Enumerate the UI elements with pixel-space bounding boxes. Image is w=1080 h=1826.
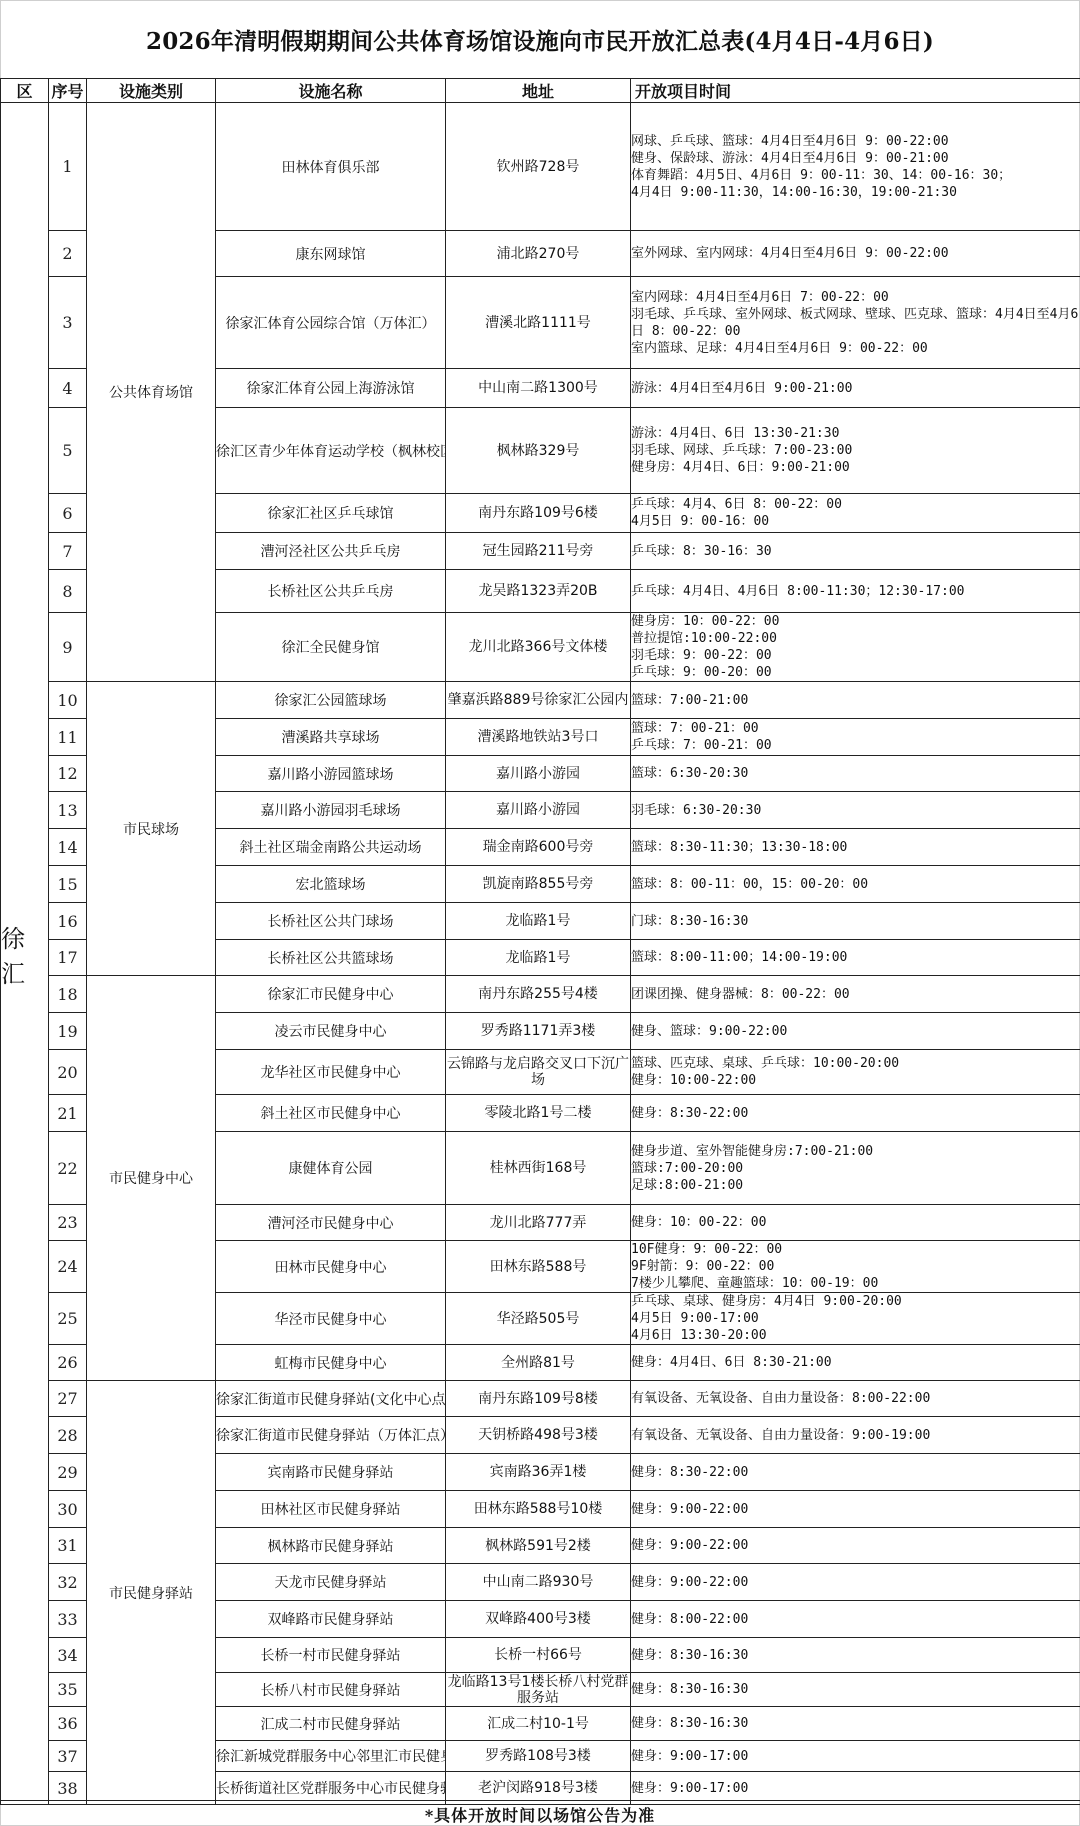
opening-hours: 羽毛球：6:30-20:30: [631, 792, 1080, 829]
row-number: 19: [49, 1013, 87, 1050]
facility-name: 斜土社区市民健身中心: [216, 1095, 446, 1132]
table-row: 18市民健身中心徐家汇市民健身中心南丹东路255号4楼团课团操、健身器械：8：0…: [1, 976, 1080, 1013]
row-number: 34: [49, 1638, 87, 1673]
opening-hours: 10F健身：9：00-22：00 9F射箭：9：00-22：00 7楼少儿攀爬、…: [631, 1241, 1080, 1293]
footer-note: *具体开放时间以场馆公告为准: [0, 1800, 1080, 1826]
facility-name: 徐汇新城党群服务中心邻里汇市民健身驿站: [216, 1741, 446, 1772]
facility-name: 双峰路市民健身驿站: [216, 1601, 446, 1638]
facility-address: 罗秀路108号3楼: [446, 1741, 631, 1772]
district-cell: 徐汇: [1, 103, 49, 1805]
facility-name: 田林社区市民健身驿站: [216, 1491, 446, 1528]
table-row: 徐汇1公共体育场馆田林体育俱乐部钦州路728号网球、乒乓球、篮球：4月4日至4月…: [1, 103, 1080, 231]
opening-hours: 篮球、匹克球、桌球、乒乓球：10:00-20:00 健身：10:00-22:00: [631, 1050, 1080, 1095]
facility-address: 龙临路13号1楼长桥八村党群服务站: [446, 1673, 631, 1707]
opening-hours: 健身：9:00-22:00: [631, 1564, 1080, 1601]
opening-hours: 篮球：7：00-21：00 乒乓球：7：00-21：00: [631, 719, 1080, 756]
opening-hours: 健身：8:30-16:30: [631, 1707, 1080, 1741]
opening-hours: 有氧设备、无氧设备、自由力量设备：9:00-19:00: [631, 1417, 1080, 1454]
opening-hours: 游泳：4月4日至4月6日 9:00-21:00: [631, 369, 1080, 408]
facility-address: 南丹东路109号8楼: [446, 1381, 631, 1417]
facility-name: 嘉川路小游园篮球场: [216, 756, 446, 792]
facility-name: 徐家汇体育公园上海游泳馆: [216, 369, 446, 408]
header-hours: 开放项目时间: [631, 79, 1080, 103]
table-body: 徐汇1公共体育场馆田林体育俱乐部钦州路728号网球、乒乓球、篮球：4月4日至4月…: [1, 103, 1080, 1805]
opening-hours: 健身：8:30-22:00: [631, 1095, 1080, 1132]
facility-address: 宾南路36弄1楼: [446, 1454, 631, 1491]
document-title: 2026年清明假期期间公共体育场馆设施向市民开放汇总表(4月4日-4月6日): [0, 0, 1080, 78]
facility-address: 中山南二路1300号: [446, 369, 631, 408]
row-number: 21: [49, 1095, 87, 1132]
facility-name: 斜土社区瑞金南路公共运动场: [216, 829, 446, 866]
row-number: 30: [49, 1491, 87, 1528]
opening-hours: 健身步道、室外智能健身房:7:00-21:00 篮球:7:00-20:00 足球…: [631, 1132, 1080, 1205]
row-number: 12: [49, 756, 87, 792]
facility-address: 龙川北路366号文体楼: [446, 613, 631, 682]
facility-address: 云锦路与龙启路交叉口下沉广场: [446, 1050, 631, 1095]
opening-hours: 健身：4月4日、6日 8:30-21:00: [631, 1345, 1080, 1381]
table-row: 27市民健身驿站徐家汇街道市民健身驿站(文化中心点)南丹东路109号8楼有氧设备…: [1, 1381, 1080, 1417]
row-number: 3: [49, 277, 87, 369]
opening-hours: 健身、篮球：9:00-22:00: [631, 1013, 1080, 1050]
row-number: 31: [49, 1528, 87, 1564]
row-number: 26: [49, 1345, 87, 1381]
facility-address: 天钥桥路498号3楼: [446, 1417, 631, 1454]
row-number: 32: [49, 1564, 87, 1601]
opening-hours: 健身：9:00-22:00: [631, 1528, 1080, 1564]
category-cell: 市民健身驿站: [87, 1381, 216, 1805]
facility-address: 瑞金南路600号旁: [446, 829, 631, 866]
opening-hours: 门球：8:30-16:30: [631, 903, 1080, 940]
facility-address: 嘉川路小游园: [446, 756, 631, 792]
row-number: 33: [49, 1601, 87, 1638]
row-number: 5: [49, 408, 87, 494]
facility-name: 徐汇全民健身馆: [216, 613, 446, 682]
opening-hours: 篮球：8:00-11:00；14:00-19:00: [631, 940, 1080, 976]
facility-name: 徐家汇街道市民健身驿站(文化中心点): [216, 1381, 446, 1417]
facility-address: 罗秀路1171弄3楼: [446, 1013, 631, 1050]
opening-hours: 健身：8:30-16:30: [631, 1673, 1080, 1707]
facility-name: 徐家汇市民健身中心: [216, 976, 446, 1013]
facility-address: 钦州路728号: [446, 103, 631, 231]
facility-name: 田林体育俱乐部: [216, 103, 446, 231]
facility-name: 长桥社区公共乒乓房: [216, 570, 446, 613]
facility-name: 徐家汇街道市民健身驿站（万体汇点）: [216, 1417, 446, 1454]
opening-hours: 乒乓球：8：30-16：30: [631, 533, 1080, 570]
facility-name: 长桥社区公共门球场: [216, 903, 446, 940]
facility-address: 全州路81号: [446, 1345, 631, 1381]
opening-hours: 网球、乒乓球、篮球：4月4日至4月6日 9：00-22:00 健身、保龄球、游泳…: [631, 103, 1080, 231]
facility-address: 浦北路270号: [446, 231, 631, 277]
facility-address: 漕溪路地铁站3号口: [446, 719, 631, 756]
row-number: 18: [49, 976, 87, 1013]
facility-name: 康东网球馆: [216, 231, 446, 277]
opening-hours: 篮球：7:00-21:00: [631, 682, 1080, 719]
row-number: 20: [49, 1050, 87, 1095]
opening-hours: 健身：9:00-22:00: [631, 1491, 1080, 1528]
row-number: 4: [49, 369, 87, 408]
row-number: 29: [49, 1454, 87, 1491]
row-number: 16: [49, 903, 87, 940]
category-cell: 市民健身中心: [87, 976, 216, 1381]
category-cell: 市民球场: [87, 682, 216, 976]
opening-hours: 健身：10：00-22：00: [631, 1205, 1080, 1241]
row-number: 1: [49, 103, 87, 231]
facility-name: 漕河泾市民健身中心: [216, 1205, 446, 1241]
facility-address: 中山南二路930号: [446, 1564, 631, 1601]
row-number: 7: [49, 533, 87, 570]
opening-hours: 篮球：6:30-20:30: [631, 756, 1080, 792]
row-number: 11: [49, 719, 87, 756]
row-number: 27: [49, 1381, 87, 1417]
header-no: 序号: [49, 79, 87, 103]
opening-hours: 有氧设备、无氧设备、自由力量设备：8:00-22:00: [631, 1381, 1080, 1417]
facility-address: 桂林西街168号: [446, 1132, 631, 1205]
facility-name: 漕河泾社区公共乒乓房: [216, 533, 446, 570]
opening-hours: 健身房：10：00-22：00 普拉提馆:10:00-22:00 羽毛球：9：0…: [631, 613, 1080, 682]
row-number: 13: [49, 792, 87, 829]
facility-name: 汇成二村市民健身驿站: [216, 1707, 446, 1741]
header-name: 设施名称: [216, 79, 446, 103]
opening-hours: 乒乓球、桌球、健身房：4月4日 9:00-20:00 4月5日 9:00-17:…: [631, 1293, 1080, 1345]
facility-name: 宾南路市民健身驿站: [216, 1454, 446, 1491]
row-number: 23: [49, 1205, 87, 1241]
facility-name: 虹梅市民健身中心: [216, 1345, 446, 1381]
facility-address: 龙临路1号: [446, 940, 631, 976]
facility-name: 徐家汇体育公园综合馆（万体汇）: [216, 277, 446, 369]
opening-hours: 健身：8:30-22:00: [631, 1454, 1080, 1491]
opening-hours: 篮球：8:30-11:30；13:30-18:00: [631, 829, 1080, 866]
facility-address: 田林东路588号10楼: [446, 1491, 631, 1528]
row-number: 35: [49, 1673, 87, 1707]
facility-name: 长桥八村市民健身驿站: [216, 1673, 446, 1707]
table-header-row: 区 序号 设施类别 设施名称 地址 开放项目时间: [1, 79, 1080, 103]
facility-address: 枫林路329号: [446, 408, 631, 494]
header-category: 设施类别: [87, 79, 216, 103]
facility-address: 凯旋南路855号旁: [446, 866, 631, 903]
facility-name: 枫林路市民健身驿站: [216, 1528, 446, 1564]
row-number: 14: [49, 829, 87, 866]
opening-hours: 乒乓球：4月4日、4月6日 8:00-11:30；12:30-17:00: [631, 570, 1080, 613]
facility-name: 宏北篮球场: [216, 866, 446, 903]
facility-address: 华泾路505号: [446, 1293, 631, 1345]
row-number: 2: [49, 231, 87, 277]
facility-name: 长桥一村市民健身驿站: [216, 1638, 446, 1673]
facility-name: 凌云市民健身中心: [216, 1013, 446, 1050]
facility-address: 龙吴路1323弄20B: [446, 570, 631, 613]
facility-name: 华泾市民健身中心: [216, 1293, 446, 1345]
facility-address: 南丹东路109号6楼: [446, 494, 631, 533]
facility-address: 漕溪北路1111号: [446, 277, 631, 369]
opening-hours: 篮球：8：00-11：00，15：00-20：00: [631, 866, 1080, 903]
facility-address: 枫林路591号2楼: [446, 1528, 631, 1564]
row-number: 8: [49, 570, 87, 613]
table-row: 10市民球场徐家汇公园篮球场肇嘉浜路889号徐家汇公园内篮球：7:00-21:0…: [1, 682, 1080, 719]
facility-address: 嘉川路小游园: [446, 792, 631, 829]
row-number: 28: [49, 1417, 87, 1454]
row-number: 24: [49, 1241, 87, 1293]
facility-name: 康健体育公园: [216, 1132, 446, 1205]
row-number: 36: [49, 1707, 87, 1741]
opening-hours: 游泳：4月4日、6日 13:30-21:30 羽毛球、网球、乒乓球：7:00-2…: [631, 408, 1080, 494]
opening-hours: 健身：9:00-17:00: [631, 1741, 1080, 1772]
opening-hours: 乒乓球：4月4、6日 8：00-22：00 4月5日 9：00-16：00: [631, 494, 1080, 533]
opening-hours: 团课团操、健身器械：8：00-22：00: [631, 976, 1080, 1013]
facility-address: 南丹东路255号4楼: [446, 976, 631, 1013]
row-number: 6: [49, 494, 87, 533]
row-number: 9: [49, 613, 87, 682]
row-number: 22: [49, 1132, 87, 1205]
opening-hours: 健身：8:00-22:00: [631, 1601, 1080, 1638]
facility-name: 田林市民健身中心: [216, 1241, 446, 1293]
facility-name: 天龙市民健身驿站: [216, 1564, 446, 1601]
facility-address: 冠生园路211号旁: [446, 533, 631, 570]
facility-name: 徐家汇社区乒乓球馆: [216, 494, 446, 533]
opening-hours: 健身：8:30-16:30: [631, 1638, 1080, 1673]
opening-hours: 室外网球、室内网球：4月4日至4月6日 9：00-22:00: [631, 231, 1080, 277]
row-number: 15: [49, 866, 87, 903]
facility-name: 嘉川路小游园羽毛球场: [216, 792, 446, 829]
row-number: 10: [49, 682, 87, 719]
facility-address: 田林东路588号: [446, 1241, 631, 1293]
facility-name: 徐汇区青少年体育运动学校（枫林校区）: [216, 408, 446, 494]
row-number: 25: [49, 1293, 87, 1345]
category-cell: 公共体育场馆: [87, 103, 216, 682]
facility-table: 区 序号 设施类别 设施名称 地址 开放项目时间 徐汇1公共体育场馆田林体育俱乐…: [0, 78, 1080, 1805]
facility-address: 汇成二村10-1号: [446, 1707, 631, 1741]
facility-address: 龙临路1号: [446, 903, 631, 940]
row-number: 17: [49, 940, 87, 976]
facility-address: 肇嘉浜路889号徐家汇公园内: [446, 682, 631, 719]
facility-address: 龙川北路777弄: [446, 1205, 631, 1241]
facility-address: 长桥一村66号: [446, 1638, 631, 1673]
row-number: 37: [49, 1741, 87, 1772]
header-address: 地址: [446, 79, 631, 103]
facility-name: 龙华社区市民健身中心: [216, 1050, 446, 1095]
header-district: 区: [1, 79, 49, 103]
facility-address: 零陵北路1号二楼: [446, 1095, 631, 1132]
facility-name: 徐家汇公园篮球场: [216, 682, 446, 719]
facility-name: 漕溪路共享球场: [216, 719, 446, 756]
facility-address: 双峰路400号3楼: [446, 1601, 631, 1638]
facility-name: 长桥社区公共篮球场: [216, 940, 446, 976]
opening-hours: 室内网球：4月4日至4月6日 7：00-22：00 羽毛球、乒乓球、室外网球、板…: [631, 277, 1080, 369]
